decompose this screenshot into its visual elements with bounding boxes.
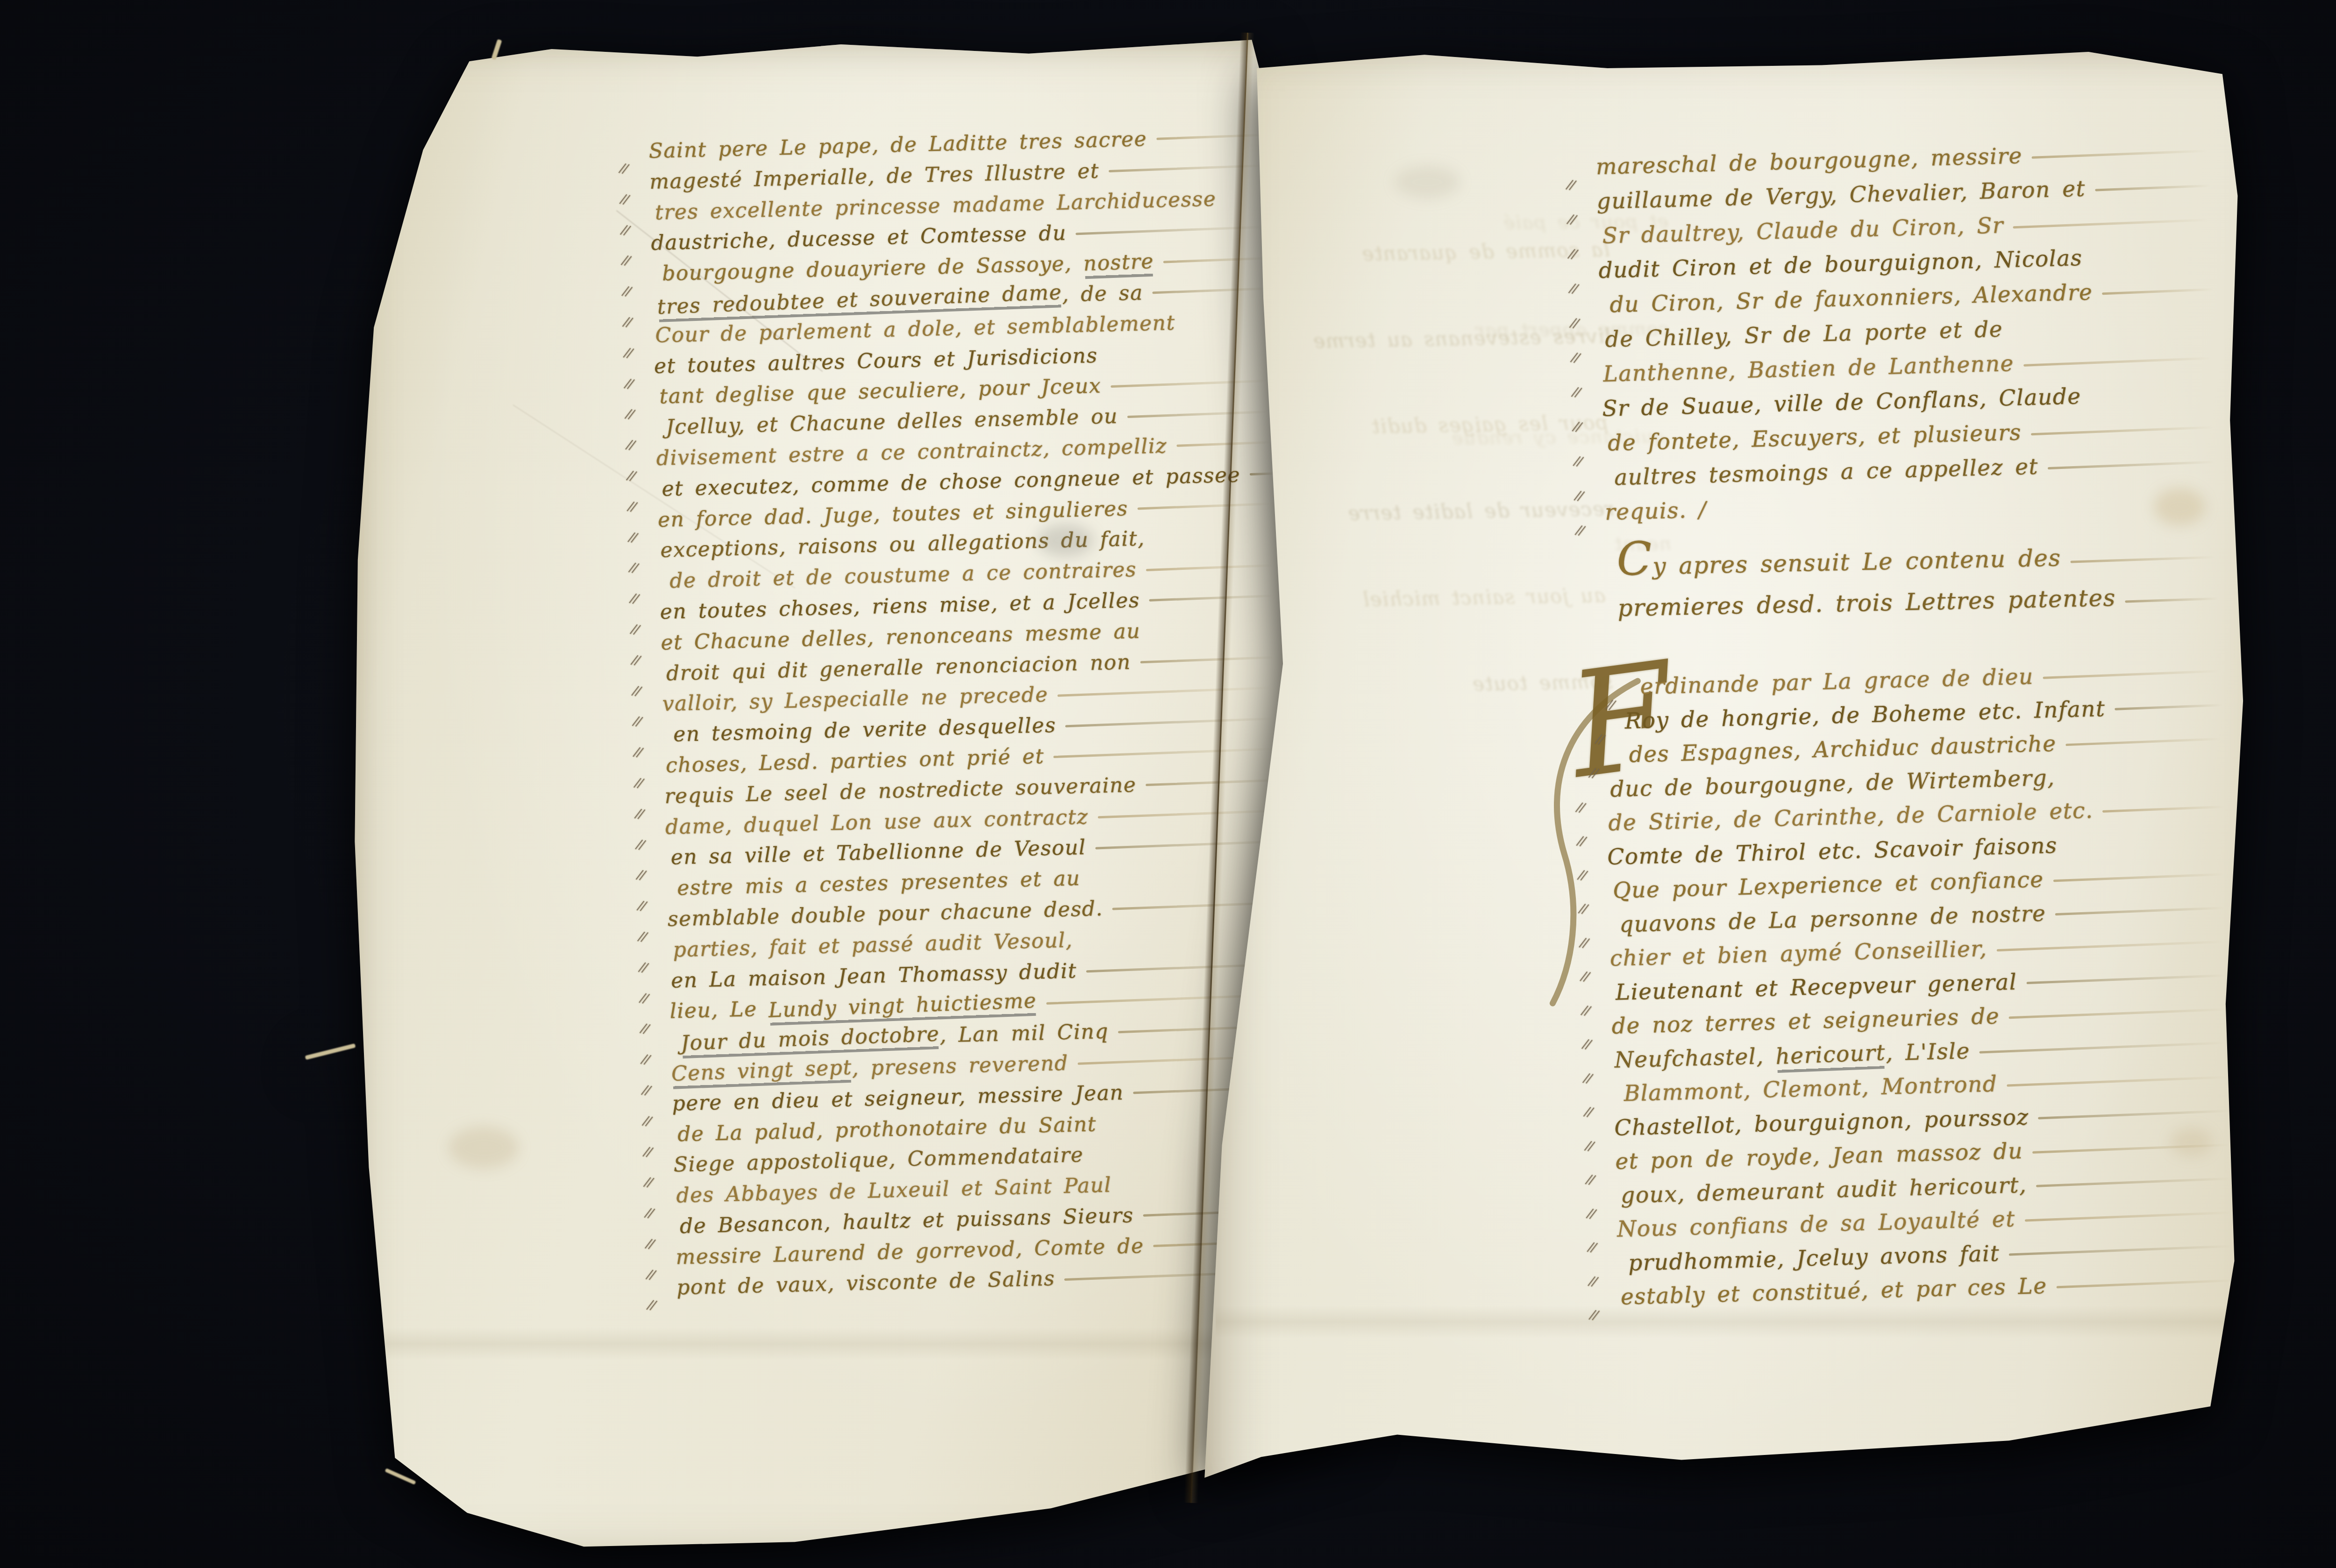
manuscript-line: pour les gaiges dudit	[1323, 411, 1614, 503]
line-filler-stroke	[2013, 218, 2216, 228]
line-text: mareschal de bourgougne, messire	[1595, 143, 2023, 180]
stain	[1395, 166, 1460, 199]
manuscript-line: la somme de quarante	[1320, 238, 1611, 330]
line-filler-stroke	[2009, 1245, 2241, 1256]
fold-band	[1216, 1305, 2261, 1338]
line-text: Cy apres sensuit Le contenu des	[1617, 544, 2061, 581]
line-text: livres estevenans au terme	[1312, 325, 1611, 353]
patent-block: F //erdinande par La grace de dieu//Roy …	[1602, 659, 2245, 1318]
pencil-underline: hericourt	[1775, 1039, 1886, 1070]
line-filler-stroke	[2031, 426, 2222, 435]
line-text: Saint pere Le pape, de Laditte tres sacr…	[648, 127, 1147, 163]
right-page: et pour ce paiécomme appert parquictance…	[1194, 44, 2282, 1530]
stain	[1037, 524, 1093, 557]
paper-fiber	[305, 1043, 356, 1060]
line-filler-stroke	[2026, 974, 2234, 984]
line-filler-stroke	[2036, 1177, 2239, 1187]
line-filler-stroke	[2115, 704, 2227, 710]
line-filler-stroke	[1996, 940, 2233, 951]
manuscript-line: livres estevenans au terme	[1322, 325, 1613, 416]
line-filler-stroke	[2032, 149, 2215, 158]
stain	[2170, 1128, 2212, 1156]
line-filler-stroke	[2065, 738, 2228, 746]
line-filler-stroke	[2048, 460, 2222, 469]
pencil-underline: nostre	[1083, 249, 1154, 277]
line-text: erdinande par La grace de dieu	[1640, 664, 2034, 700]
line-filler-stroke	[2024, 1211, 2240, 1222]
right-page-paper: et pour ce paiécomme appert parquictance…	[1194, 44, 2282, 1530]
witness-block: //mareschal de bourgougne, messire//guil…	[1595, 138, 2227, 534]
line-filler-stroke	[2007, 1076, 2236, 1087]
line-filler-stroke	[2038, 1109, 2237, 1119]
line-filler-stroke	[2071, 555, 2222, 563]
stain	[2154, 488, 2205, 525]
line-filler-stroke	[2056, 1279, 2242, 1288]
line-filler-stroke	[2102, 805, 2229, 812]
line-text: pour les gaiges dudit	[1371, 411, 1608, 438]
heading-block: Cy apres sensuit Le contenu despremieres…	[1617, 541, 2225, 636]
line-filler-stroke	[1980, 1042, 2236, 1054]
manuscript-line: receveur de ladite terre	[1325, 497, 1616, 589]
paper-fiber	[385, 1468, 416, 1485]
stain	[449, 1127, 519, 1169]
line-filler-stroke	[2102, 288, 2218, 295]
line-filler-stroke	[2055, 907, 2232, 916]
line-filler-stroke	[2023, 356, 2220, 366]
line-text: requis. /	[1604, 497, 1707, 525]
line-text: au jour sainct michiel	[1362, 584, 1606, 611]
line-filler-stroke	[2043, 669, 2226, 679]
manuscript-photo: //Saint pere Le pape, de Laditte tres sa…	[0, 0, 2336, 1568]
line-filler-stroke	[2009, 1008, 2235, 1019]
line-filler-stroke	[2095, 184, 2215, 191]
line-filler-stroke	[2125, 597, 2222, 603]
fold-band	[366, 1327, 1330, 1360]
line-filler-stroke	[2053, 873, 2231, 882]
pencil-underline: Cens vingt sept	[671, 1056, 852, 1086]
